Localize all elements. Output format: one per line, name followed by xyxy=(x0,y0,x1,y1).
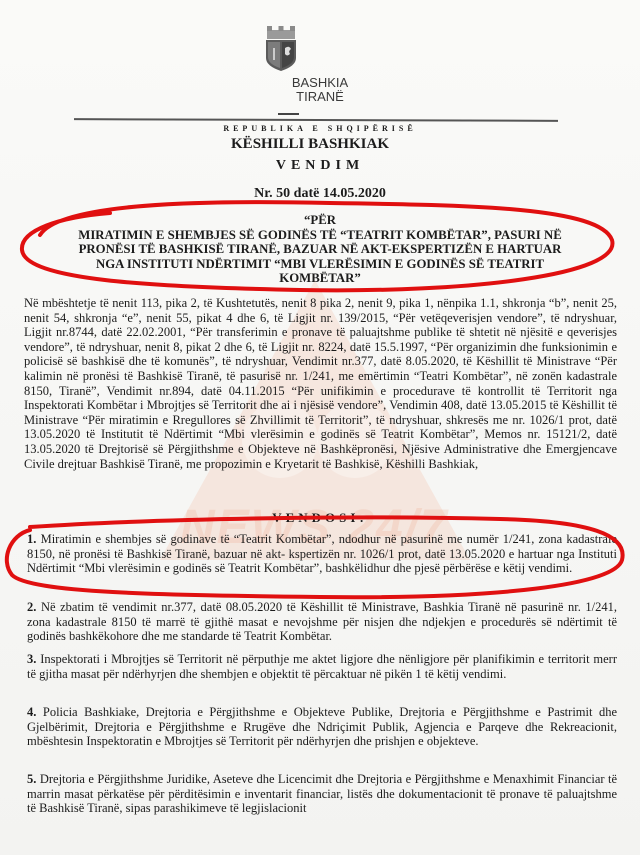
title-line: “PËR xyxy=(40,213,600,228)
decides-heading: VENDOSI: xyxy=(0,510,640,526)
item-text: Inspektorati i Mbrojtjes së Territorit n… xyxy=(27,652,617,681)
title-line: KOMBËTAR” xyxy=(40,271,600,286)
logo-line-tirane: TIRANË xyxy=(0,90,640,104)
decision-item-4: 4. Policia Bashkiake, Drejtoria e Përgji… xyxy=(27,705,617,749)
decision-item-3: 3. Inspektorati i Mbrojtjes së Territori… xyxy=(27,652,617,681)
preamble-paragraph: Në mbështetje të nenit 113, pika 2, të K… xyxy=(24,296,617,471)
document-type: VENDIM xyxy=(0,158,640,174)
item-number: 1. xyxy=(27,532,36,546)
logo-line-bashkia: BASHKIA xyxy=(0,76,640,90)
council-heading: KËSHILLI BASHKIAK xyxy=(0,136,630,153)
document-page: NEWS 24/7 BASHKIA TIRANË REPUBLIKA E SHQ… xyxy=(0,0,640,855)
decision-number-date: Nr. 50 datë 14.05.2020 xyxy=(0,186,640,202)
coat-of-arms-icon xyxy=(263,26,299,72)
title-line: MIRATIMIN E SHEMBJES SË GODINËS TË “TEAT… xyxy=(40,228,600,243)
decision-item-1: 1. Miratimin e shembjes së godinave të “… xyxy=(27,532,617,576)
header-divider xyxy=(74,118,558,122)
item-text: Miratimin e shembjes së godinave të “Tea… xyxy=(27,532,617,575)
item-text: Policia Bashkiake, Drejtoria e Përgjiths… xyxy=(27,705,617,748)
item-number: 2. xyxy=(27,600,36,614)
decision-item-5: 5. Drejtoria e Përgjithshme Juridike, As… xyxy=(27,772,617,816)
title-line: NGA INSTITUTI NDËRTIMIT “MBI VLERËSIMIN … xyxy=(40,257,600,272)
item-text: Drejtoria e Përgjithshme Juridike, Asete… xyxy=(27,772,617,815)
item-number: 3. xyxy=(27,652,36,666)
decision-title: “PËR MIRATIMIN E SHEMBJES SË GODINËS TË … xyxy=(40,213,600,286)
decision-item-2: 2. Në zbatim të vendimit nr.377, datë 08… xyxy=(27,600,617,644)
item-text: Në zbatim të vendimit nr.377, datë 08.05… xyxy=(27,600,617,643)
title-line: PRONËSI TË BASHKISË TIRANË, BAZUAR NË AK… xyxy=(40,242,600,257)
item-number: 4. xyxy=(27,705,36,719)
item-number: 5. xyxy=(27,772,36,786)
republic-heading: REPUBLIKA E SHQIPËRISË xyxy=(0,124,640,133)
logo-underline xyxy=(278,113,299,115)
